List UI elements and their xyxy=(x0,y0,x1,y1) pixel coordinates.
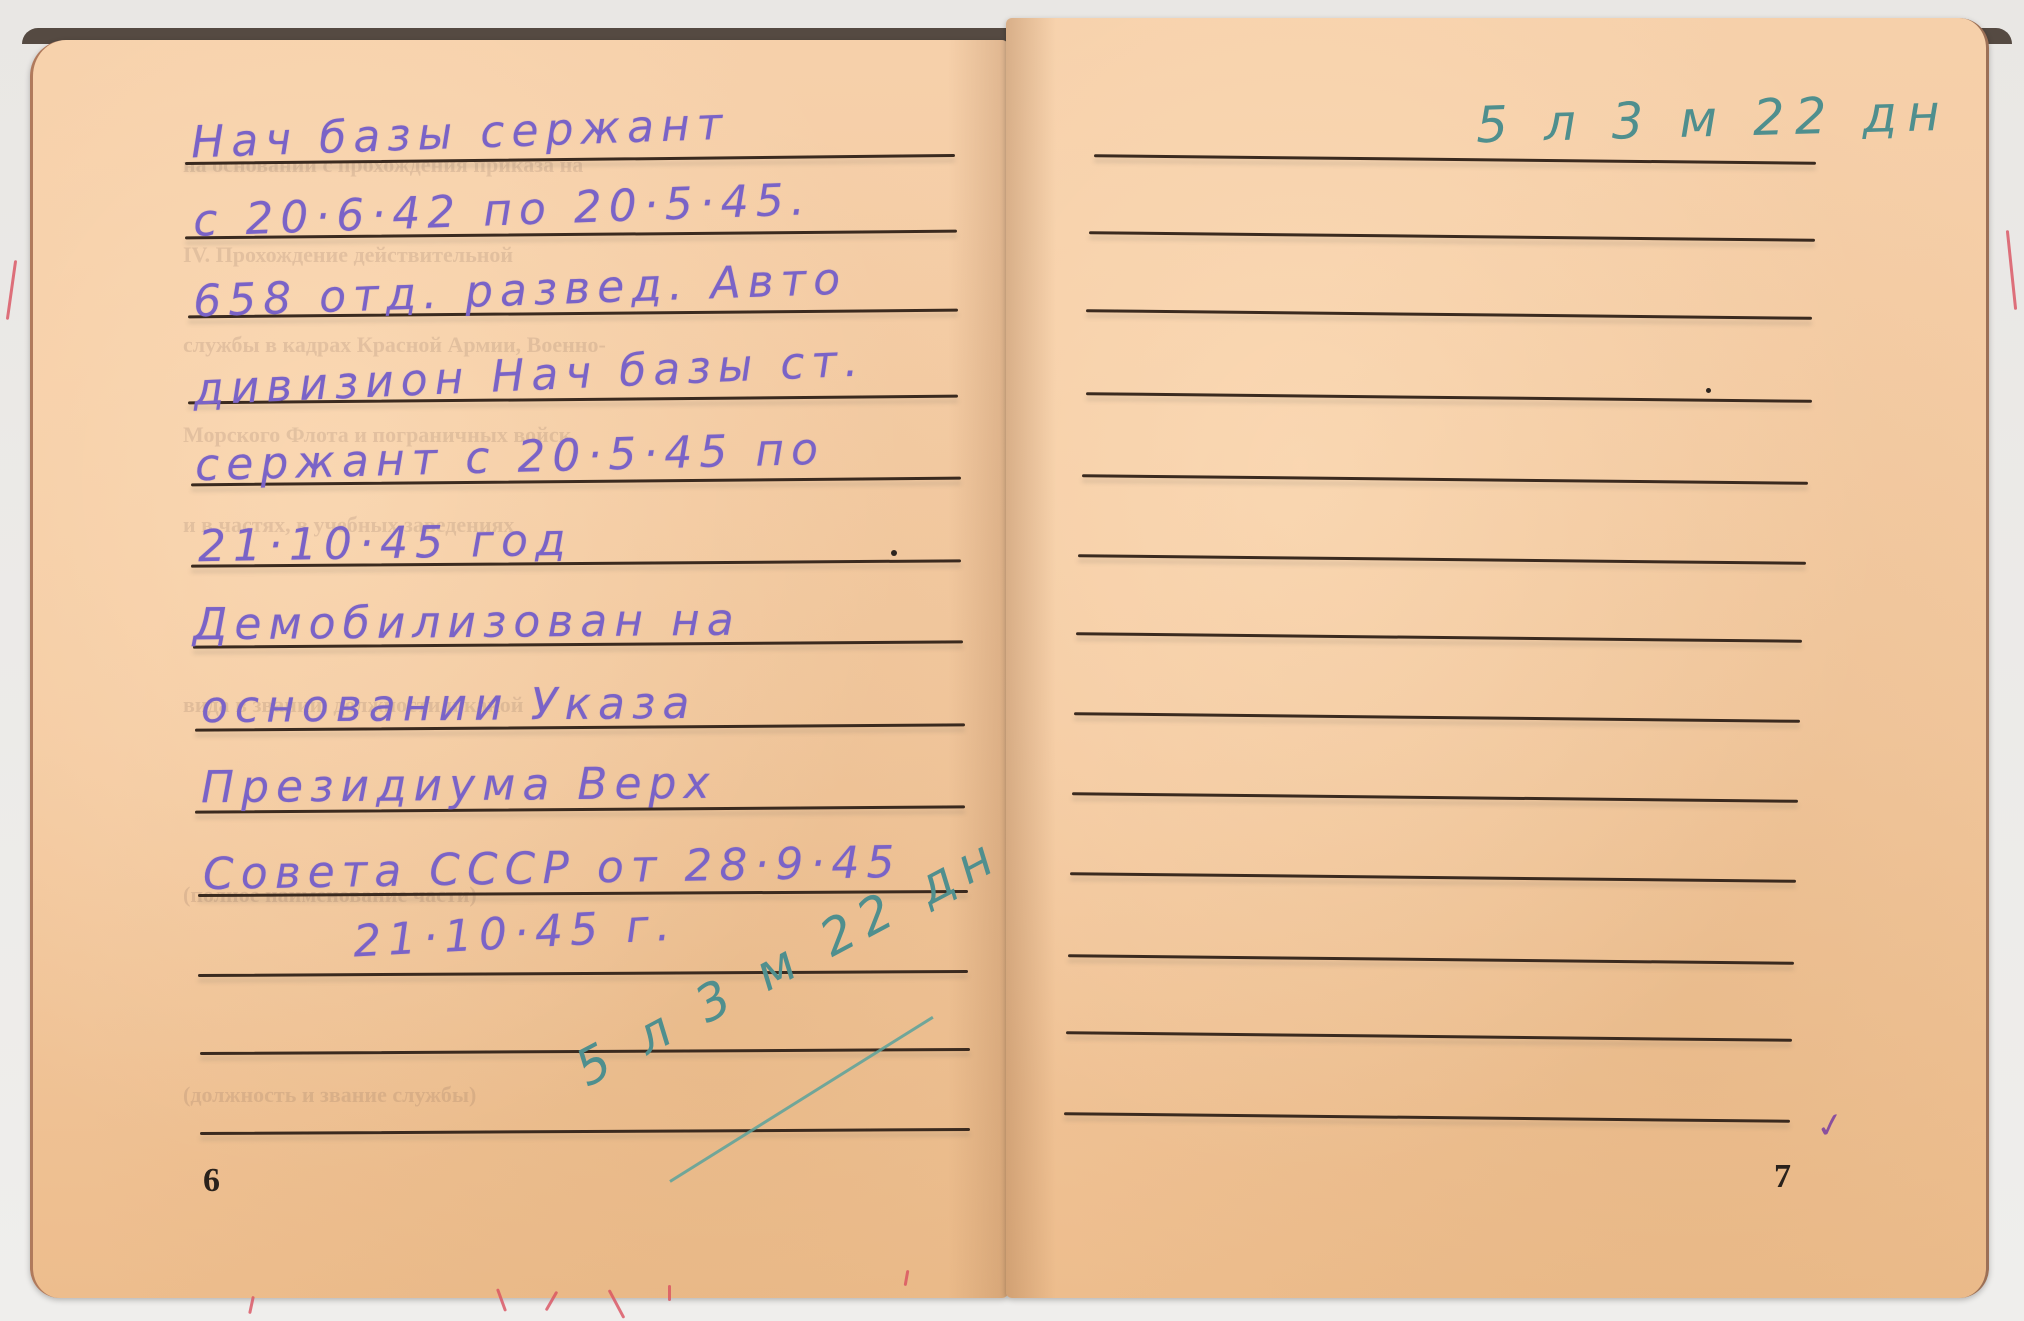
right-page: 5 л 3 м 22 дн ✓ 7 xyxy=(1006,18,1989,1298)
handwritten-line: 21·10·45 год xyxy=(198,515,573,573)
green-ink-stroke xyxy=(669,1016,933,1183)
check-mark-icon: ✓ xyxy=(1813,1104,1848,1148)
handwritten-line: основании Указа xyxy=(201,678,697,733)
ruled-line xyxy=(1078,554,1806,565)
gutter-shadow xyxy=(948,40,1008,1298)
handwritten-line: Демобилизован на xyxy=(193,595,741,651)
ink-dot xyxy=(891,550,897,556)
ruled-line xyxy=(1089,231,1815,242)
ruled-line xyxy=(1064,1112,1790,1123)
ruled-line xyxy=(1094,154,1816,165)
ruled-line xyxy=(1068,954,1794,965)
ruled-line xyxy=(1086,392,1812,403)
green-ink-note: 5 л 3 м 22 дн xyxy=(1475,84,1950,154)
page-number: 7 xyxy=(1774,1158,1791,1196)
ruled-line xyxy=(1082,474,1808,485)
gutter-shadow xyxy=(1006,18,1056,1298)
ruled-line xyxy=(1066,1031,1792,1042)
ruled-line xyxy=(1074,712,1800,723)
ruled-line xyxy=(1076,632,1802,643)
ruled-line xyxy=(1070,872,1796,883)
handwritten-line: Президиума Верх xyxy=(201,758,717,813)
binding-thread xyxy=(668,1285,671,1301)
left-page: на основании с прохождения приказа на IV… xyxy=(30,40,1008,1298)
page-number: 6 xyxy=(203,1162,220,1200)
ruled-line xyxy=(1086,309,1812,320)
faint-line: (должность и звание службы) xyxy=(183,1080,606,1110)
ruled-line xyxy=(1072,792,1798,803)
ink-dot xyxy=(1706,388,1711,393)
